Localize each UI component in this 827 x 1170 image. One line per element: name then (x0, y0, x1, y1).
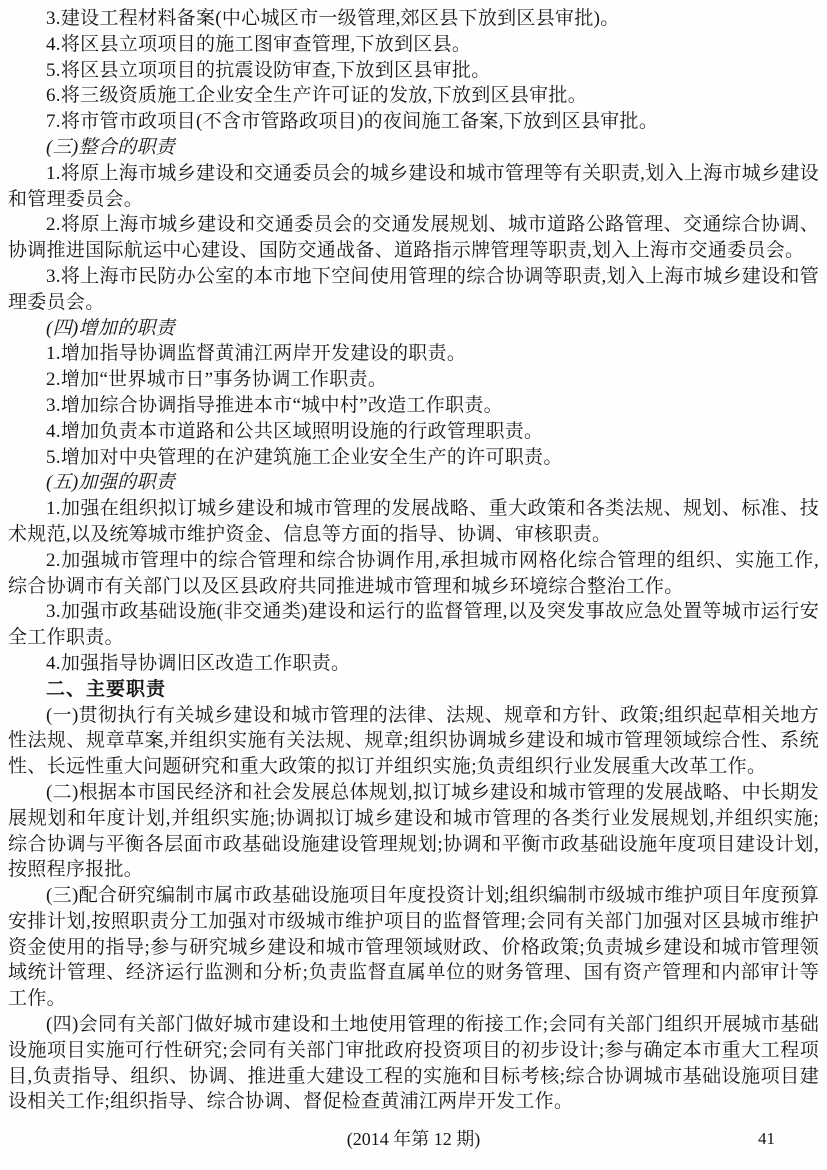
document-page: 3.建设工程材料备案(中心城区市一级管理,郊区县下放到区县审批)。4.将区县立项… (0, 0, 827, 1170)
section-heading: 二、主要职责 (8, 677, 819, 703)
paragraph: (二)根据本市国民经济和社会发展总体规划,拟订城乡建设和城市管理的发展战略、中长… (8, 780, 819, 883)
paragraph: 1.加强在组织拟订城乡建设和城市管理的发展战略、重大政策和各类法规、规划、标准、… (8, 496, 819, 548)
section-heading: (三)整合的职责 (8, 135, 819, 161)
paragraph: 6.将三级资质施工企业安全生产许可证的发放,下放到区县审批。 (8, 83, 819, 109)
paragraph: 5.增加对中央管理的在沪建筑施工企业安全生产的许可职责。 (8, 445, 819, 471)
paragraph: 3.建设工程材料备案(中心城区市一级管理,郊区县下放到区县审批)。 (8, 6, 819, 32)
paragraph: 5.将区县立项项目的抗震设防审查,下放到区县审批。 (8, 58, 819, 84)
issue-label: (2014 年第 12 期) (0, 1126, 827, 1152)
paragraph: (四)会同有关部门做好城市建设和土地使用管理的衔接工作;会同有关部门组织开展城市… (8, 1012, 819, 1115)
paragraph: 4.增加负责本市道路和公共区域照明设施的行政管理职责。 (8, 419, 819, 445)
paragraph: 2.增加“世界城市日”事务协调工作职责。 (8, 367, 819, 393)
page-number: 41 (758, 1126, 775, 1152)
paragraph: 3.加强市政基础设施(非交通类)建设和运行的监督管理,以及突发事故应急处置等城市… (8, 599, 819, 651)
document-body: 3.建设工程材料备案(中心城区市一级管理,郊区县下放到区县审批)。4.将区县立项… (8, 6, 819, 1115)
page-footer: (2014 年第 12 期) 41 (0, 1126, 827, 1152)
paragraph: 1.增加指导协调监督黄浦江两岸开发建设的职责。 (8, 341, 819, 367)
paragraph: 7.将市管市政项目(不含市管路政项目)的夜间施工备案,下放到区县审批。 (8, 109, 819, 135)
paragraph: (三)配合研究编制市属市政基础设施项目年度投资计划;组织编制市级城市维护项目年度… (8, 883, 819, 1012)
paragraph: 4.加强指导协调旧区改造工作职责。 (8, 651, 819, 677)
paragraph: (一)贯彻执行有关城乡建设和城市管理的法律、法规、规章和方针、政策;组织起草相关… (8, 703, 819, 780)
paragraph: 1.将原上海市城乡建设和交通委员会的城乡建设和城市管理等有关职责,划入上海市城乡… (8, 161, 819, 213)
paragraph: 3.增加综合协调指导推进本市“城中村”改造工作职责。 (8, 393, 819, 419)
paragraph: 2.将原上海市城乡建设和交通委员会的交通发展规划、城市道路公路管理、交通综合协调… (8, 212, 819, 264)
section-heading: (五)加强的职责 (8, 470, 819, 496)
paragraph: 4.将区县立项项目的施工图审查管理,下放到区县。 (8, 32, 819, 58)
paragraph: 2.加强城市管理中的综合管理和综合协调作用,承担城市网格化综合管理的组织、实施工… (8, 548, 819, 600)
paragraph: 3.将上海市民防办公室的本市地下空间使用管理的综合协调等职责,划入上海市城乡建设… (8, 264, 819, 316)
section-heading: (四)增加的职责 (8, 316, 819, 342)
